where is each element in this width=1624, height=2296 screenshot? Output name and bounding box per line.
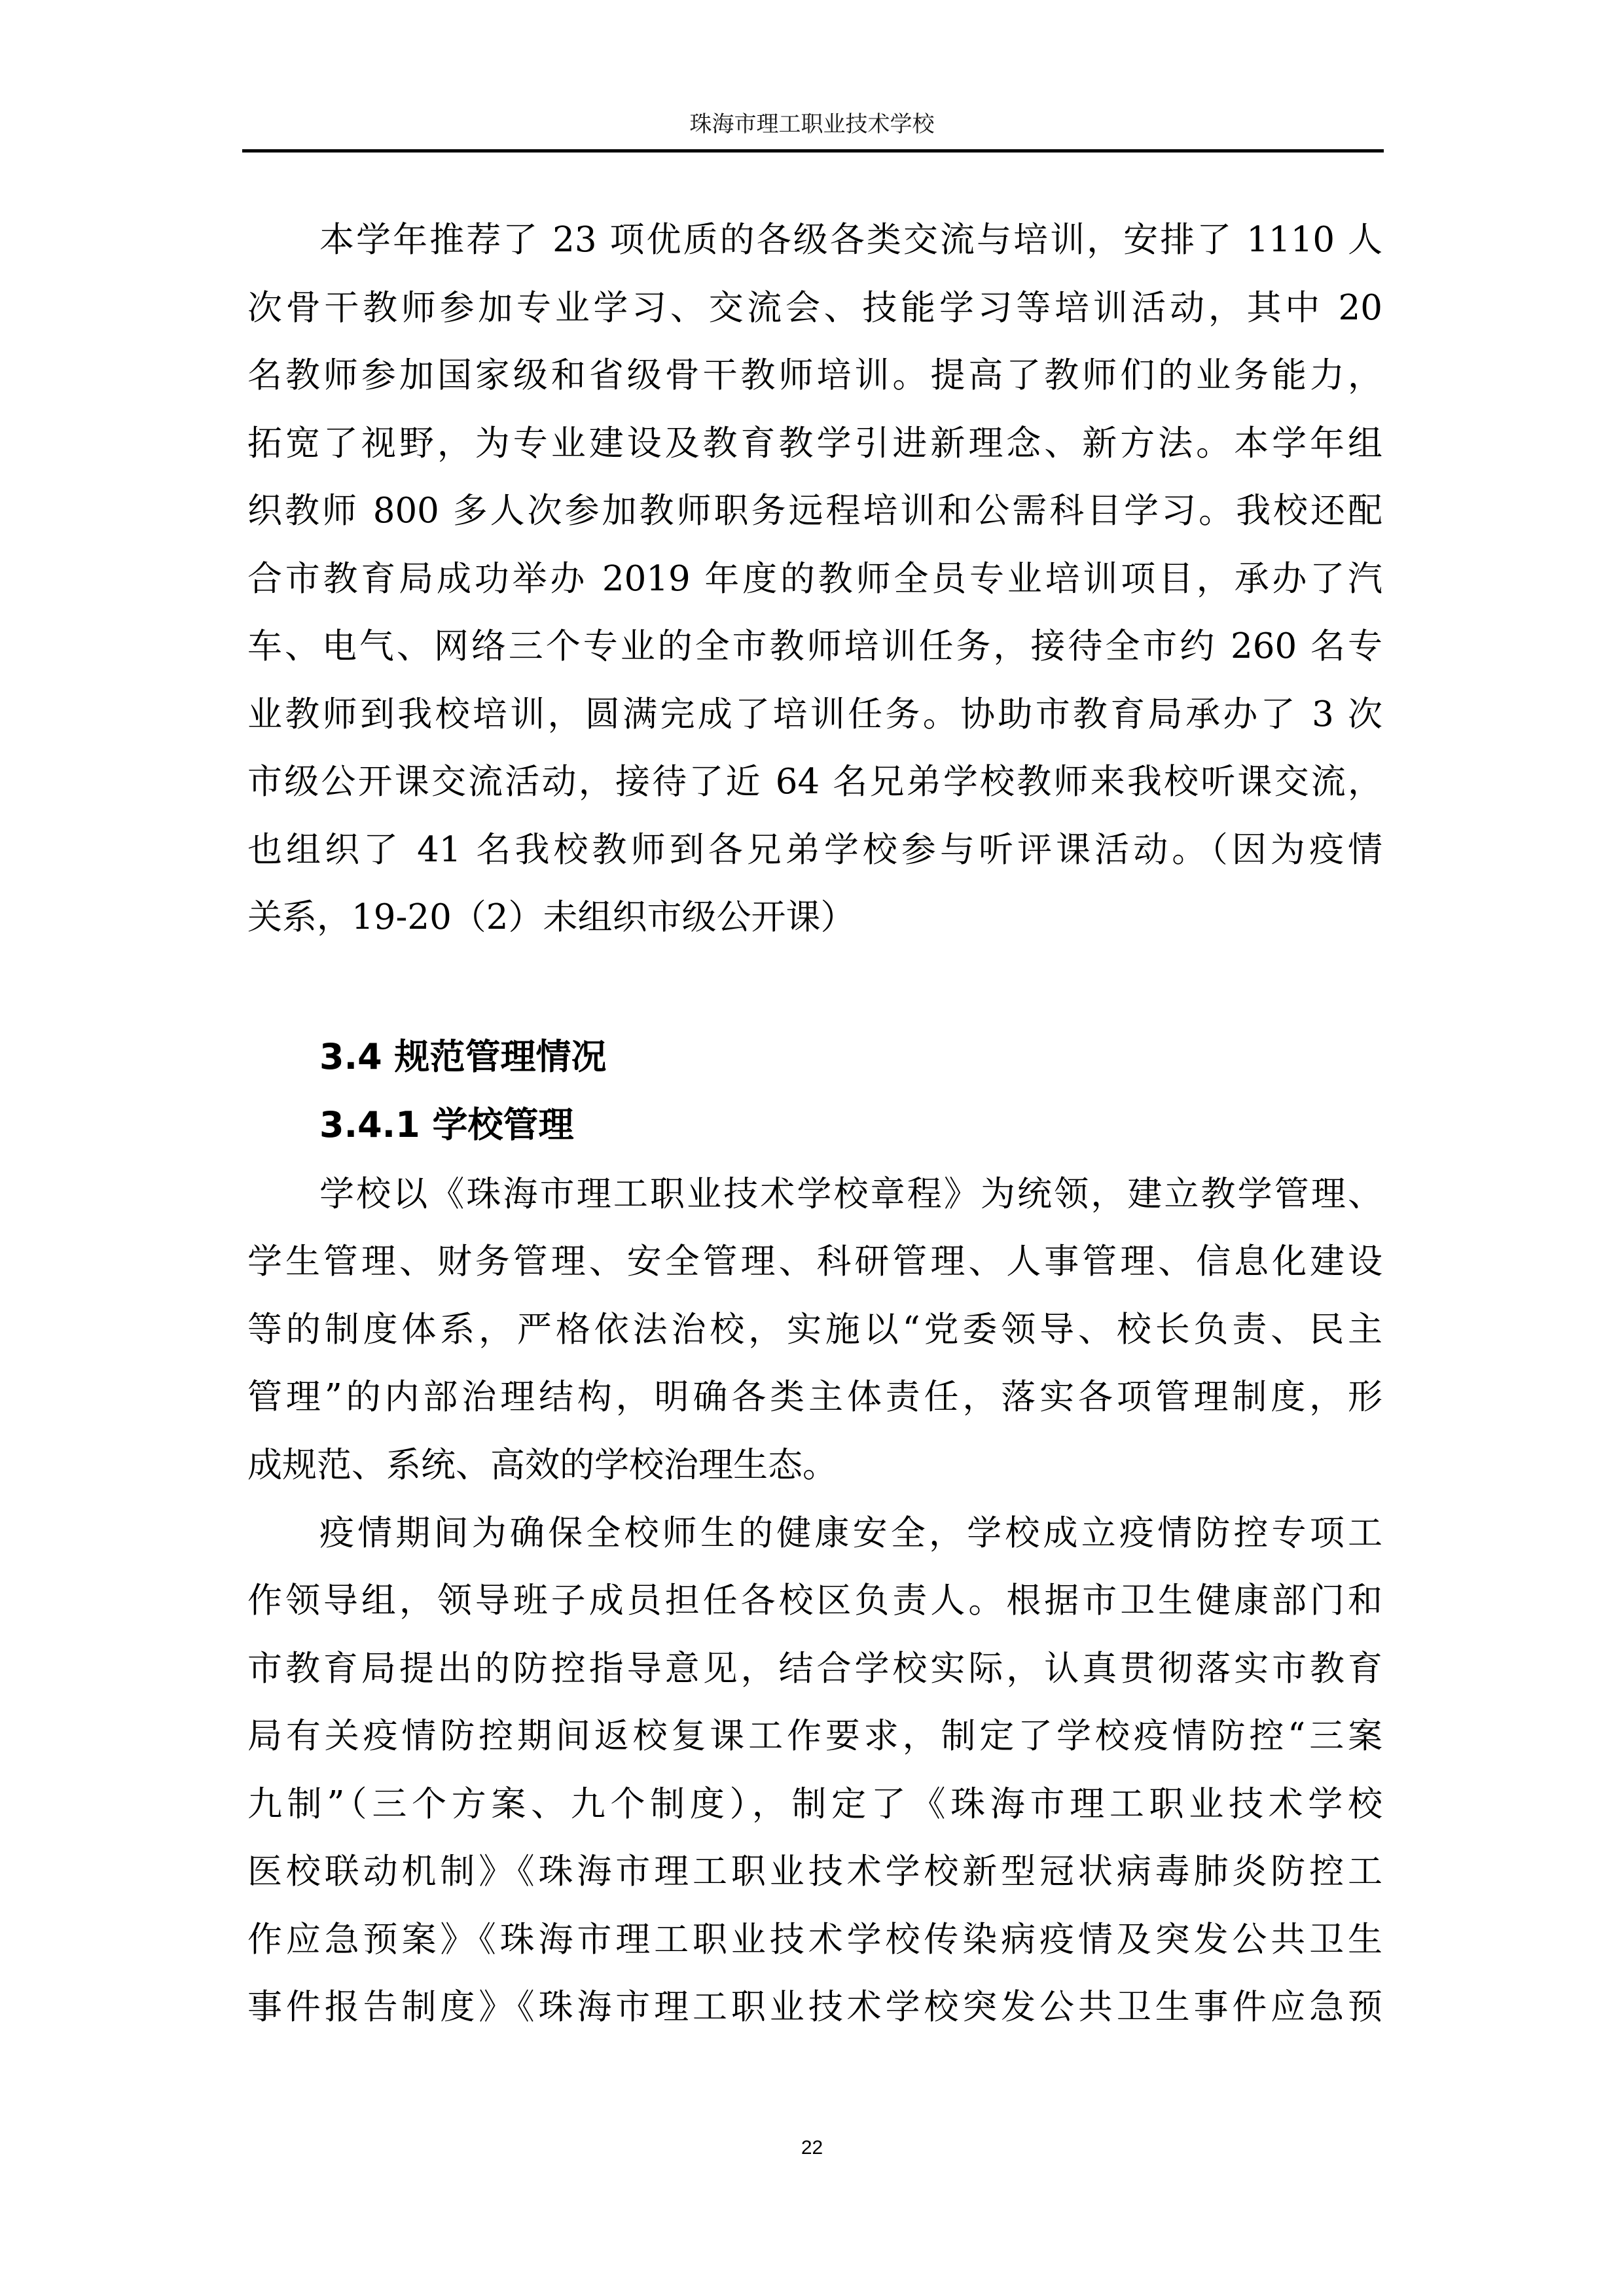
page-number: 22 — [0, 2135, 1624, 2161]
subsection-heading: 3.4.1 学校管理 — [319, 1102, 574, 1148]
text-line: 本学年推荐了 23 项优质的各级各类交流与培训，安排了 1110 人 — [319, 217, 1382, 263]
text-line: 等的制度体系，严格依法治校，实施以“党委领导、校长负责、民主 — [247, 1307, 1382, 1353]
text-line: 关系，19-20（2）未组织市级公开课） — [247, 895, 1382, 941]
text-line: 医校联动机制》《珠海市理工职业技术学校新型冠状病毒肺炎防控工 — [247, 1849, 1382, 1895]
text-line: 合市教育局成功举办 2019 年度的教师全员专业培训项目，承办了汽 — [247, 556, 1382, 602]
text-line: 疫情期间为确保全校师生的健康安全，学校成立疫情防控专项工 — [319, 1511, 1382, 1556]
text-line: 学生管理、财务管理、安全管理、科研管理、人事管理、信息化建设 — [247, 1239, 1382, 1285]
text-line: 管理”的内部治理结构，明确各类主体责任，落实各项管理制度，形 — [247, 1374, 1382, 1420]
text-line: 名教师参加国家级和省级骨干教师培训。提高了教师们的业务能力， — [247, 353, 1382, 399]
text-line: 学校以《珠海市理工职业技术学校章程》为统领，建立教学管理、 — [319, 1172, 1382, 1217]
section-heading: 3.4 规范管理情况 — [319, 1034, 606, 1080]
text-line: 作应急预案》《珠海市理工职业技术学校传染病疫情及突发公共卫生 — [247, 1917, 1382, 1963]
text-line: 成规范、系统、高效的学校治理生态。 — [247, 1443, 1382, 1488]
text-line: 市教育局提出的防控指导意见，结合学校实际，认真贯彻落实市教育 — [247, 1646, 1382, 1692]
text-line: 拓宽了视野，为专业建设及教育教学引进新理念、新方法。本学年组 — [247, 421, 1382, 467]
text-line: 也组织了 41 名我校教师到各兄弟学校参与听评课活动。（因为疫情 — [247, 827, 1382, 873]
text-line: 次骨干教师参加专业学习、交流会、技能学习等培训活动，其中 20 — [247, 285, 1382, 331]
header-title: 珠海市理工职业技术学校 — [0, 110, 1624, 139]
header-divider — [242, 149, 1384, 152]
text-line: 事件报告制度》《珠海市理工职业技术学校突发公共卫生事件应急预 — [247, 1984, 1382, 2030]
text-line: 九制”（三个方案、九个制度），制定了《珠海市理工职业技术学校 — [247, 1782, 1382, 1827]
text-line: 市级公开课交流活动，接待了近 64 名兄弟学校教师来我校听课交流， — [247, 759, 1382, 805]
text-line: 车、电气、网络三个专业的全市教师培训任务，接待全市约 260 名专 — [247, 624, 1382, 670]
text-line: 业教师到我校培训，圆满完成了培训任务。协助市教育局承办了 3 次 — [247, 692, 1382, 738]
text-line: 织教师 800 多人次参加教师职务远程培训和公需科目学习。我校还配 — [247, 488, 1382, 534]
text-line: 局有关疫情防控期间返校复课工作要求，制定了学校疫情防控“三案 — [247, 1713, 1382, 1759]
text-line: 作领导组，领导班子成员担任各校区负责人。根据市卫生健康部门和 — [247, 1578, 1382, 1624]
